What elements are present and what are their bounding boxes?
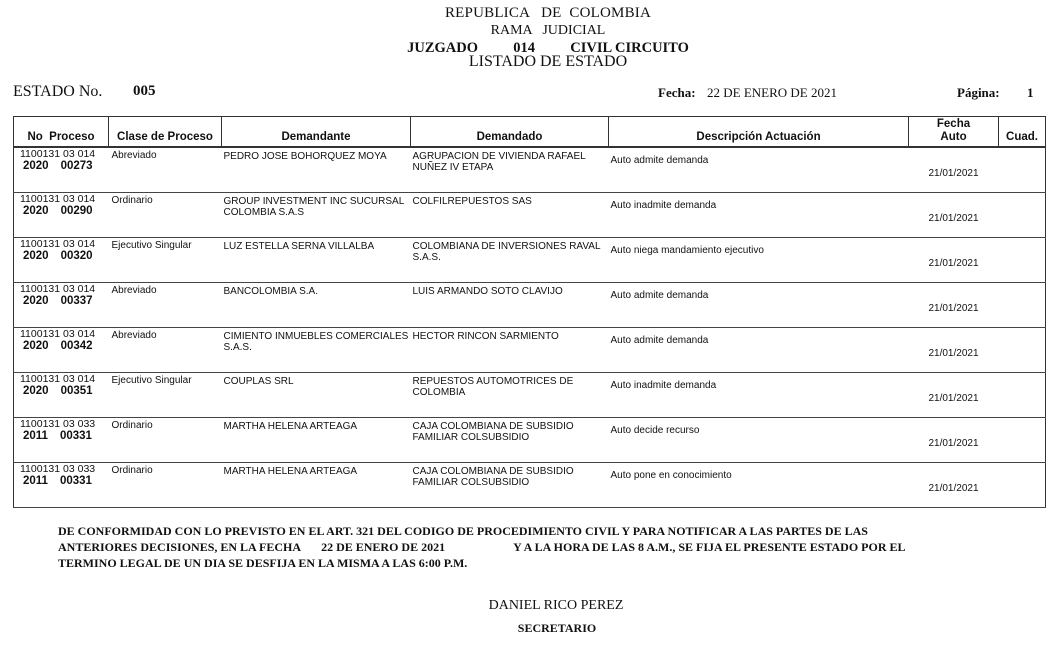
col-header-no-proceso: No Proceso	[14, 117, 109, 148]
proceso-year-number: 201100331	[20, 475, 109, 487]
cell-cuad	[999, 373, 1046, 418]
proceso-year-number: 202000273	[20, 160, 109, 172]
cell-no-proceso: 1100131 03 014202000290	[14, 193, 109, 238]
cell-demandado: LUIS ARMANDO SOTO CLAVIJO	[411, 283, 609, 328]
document-title: LISTADO DE ESTADO	[0, 53, 1060, 71]
proceso-code: 1100131 03 033	[20, 419, 109, 430]
notification-line-1: DE CONFORMIDAD CON LO PREVISTO EN EL ART…	[58, 523, 1018, 539]
col-header-demandante: Demandante	[222, 117, 411, 148]
table-row: 1100131 03 014202000351Ejecutivo Singula…	[14, 373, 1046, 418]
cell-demandante: PEDRO JOSE BOHORQUEZ MOYA	[222, 147, 411, 193]
proceso-number: 00351	[61, 385, 93, 397]
cell-cuad	[999, 463, 1046, 508]
cell-no-proceso: 1100131 03 033201100331	[14, 418, 109, 463]
proceso-number: 00290	[61, 205, 93, 217]
cell-demandante: MARTHA HELENA ARTEAGA	[222, 418, 411, 463]
cell-clase: Ejecutivo Singular	[109, 238, 222, 283]
notification-line-3: TERMINO LEGAL DE UN DIA SE DESFIJA EN LA…	[58, 555, 1018, 571]
col-header-fecha-auto: Fecha Auto	[909, 117, 999, 148]
proceso-number: 00273	[61, 160, 93, 172]
cell-no-proceso: 1100131 03 014202000337	[14, 283, 109, 328]
proceso-year-number: 202000290	[20, 205, 109, 217]
fecha-value: 22 DE ENERO DE 2021	[707, 85, 837, 101]
pagina-value: 1	[1027, 85, 1034, 101]
table-row: 1100131 03 014202000337AbreviadoBANCOLOM…	[14, 283, 1046, 328]
cell-no-proceso: 1100131 03 033201100331	[14, 463, 109, 508]
proceso-number: 00331	[60, 430, 92, 442]
cell-fecha-auto: 21/01/2021	[909, 238, 999, 283]
cell-fecha-auto: 21/01/2021	[909, 418, 999, 463]
cell-fecha-auto: 21/01/2021	[909, 193, 999, 238]
cell-fecha-auto: 21/01/2021	[909, 463, 999, 508]
cell-clase: Ordinario	[109, 418, 222, 463]
notification-line-2: ANTERIORES DECISIONES, EN LA FECHA22 DE …	[58, 539, 1018, 555]
signature-name: DANIEL RICO PEREZ	[0, 598, 1060, 614]
proceso-code: 1100131 03 014	[20, 194, 109, 205]
proceso-year-number: 202000337	[20, 295, 109, 307]
cell-descripcion: Auto admite demanda	[609, 147, 909, 193]
cell-no-proceso: 1100131 03 014202000342	[14, 328, 109, 373]
proceso-year-number: 201100331	[20, 430, 109, 442]
fecha-label: Fecha:	[658, 85, 696, 101]
notification-date: 22 DE ENERO DE 2021	[321, 540, 445, 554]
cell-demandado: HECTOR RINCON SARMIENTO	[411, 328, 609, 373]
cell-clase: Abreviado	[109, 283, 222, 328]
cell-demandante: BANCOLOMBIA S.A.	[222, 283, 411, 328]
proceso-year-number: 202000351	[20, 385, 109, 397]
cell-descripcion: Auto niega mandamiento ejecutivo	[609, 238, 909, 283]
header-branch: RAMA JUDICIAL	[0, 23, 1060, 39]
col-header-clase: Clase de Proceso	[109, 117, 222, 148]
proceso-code: 1100131 03 014	[20, 374, 109, 385]
cell-cuad	[999, 193, 1046, 238]
cell-clase: Ordinario	[109, 463, 222, 508]
estado-number: 005	[133, 83, 156, 100]
notification-text: DE CONFORMIDAD CON LO PREVISTO EN EL ART…	[58, 523, 1018, 571]
cell-demandante: CIMIENTO INMUEBLES COMERCIALES S.A.S.	[222, 328, 411, 373]
proceso-year: 2020	[23, 250, 49, 262]
table-row: 1100131 03 014202000320Ejecutivo Singula…	[14, 238, 1046, 283]
proceso-code: 1100131 03 014	[20, 239, 109, 250]
notification-line-2-prefix: ANTERIORES DECISIONES, EN LA FECHA	[58, 540, 301, 554]
cell-cuad	[999, 418, 1046, 463]
cell-demandante: COUPLAS SRL	[222, 373, 411, 418]
proceso-code: 1100131 03 014	[20, 284, 109, 295]
proceso-code: 1100131 03 014	[20, 149, 109, 160]
cell-clase: Ejecutivo Singular	[109, 373, 222, 418]
proceso-year: 2011	[23, 475, 48, 487]
cell-descripcion: Auto inadmite demanda	[609, 373, 909, 418]
table-row: 1100131 03 014202000290OrdinarioGROUP IN…	[14, 193, 1046, 238]
table-header-row: No Proceso Clase de Proceso Demandante D…	[14, 117, 1046, 148]
cell-fecha-auto: 21/01/2021	[909, 373, 999, 418]
col-header-descripcion: Descripción Actuación	[609, 117, 909, 148]
cell-clase: Abreviado	[109, 147, 222, 193]
cell-demandado: CAJA COLOMBIANA DE SUBSIDIO FAMILIAR COL…	[411, 418, 609, 463]
cell-descripcion: Auto pone en conocimiento	[609, 463, 909, 508]
cell-clase: Abreviado	[109, 328, 222, 373]
cell-fecha-auto: 21/01/2021	[909, 283, 999, 328]
cell-demandado: CAJA COLOMBIANA DE SUBSIDIO FAMILIAR COL…	[411, 463, 609, 508]
cell-demandado: COLFILREPUESTOS SAS	[411, 193, 609, 238]
cell-cuad	[999, 283, 1046, 328]
cell-no-proceso: 1100131 03 014202000273	[14, 147, 109, 193]
cell-demandante: LUZ ESTELLA SERNA VILLALBA	[222, 238, 411, 283]
header-country: REPUBLICA DE COLOMBIA	[0, 5, 1060, 22]
cell-demandante: GROUP INVESTMENT INC SUCURSAL COLOMBIA S…	[222, 193, 411, 238]
notification-line-2-suffix: Y A LA HORA DE LAS 8 A.M., SE FIJA EL PR…	[513, 540, 905, 554]
cell-fecha-auto: 21/01/2021	[909, 147, 999, 193]
cell-no-proceso: 1100131 03 014202000320	[14, 238, 109, 283]
proceso-number: 00331	[60, 475, 92, 487]
cell-no-proceso: 1100131 03 014202000351	[14, 373, 109, 418]
proceso-year: 2020	[23, 205, 49, 217]
signature-title: SECRETARIO	[0, 621, 1060, 636]
table-row: 1100131 03 014202000273AbreviadoPEDRO JO…	[14, 147, 1046, 193]
col-header-demandado: Demandado	[411, 117, 609, 148]
estado-table: No Proceso Clase de Proceso Demandante D…	[13, 116, 1046, 508]
cell-demandado: AGRUPACION DE VIVIENDA RAFAEL NUÑEZ IV E…	[411, 147, 609, 193]
proceso-year: 2011	[23, 430, 48, 442]
cell-fecha-auto: 21/01/2021	[909, 328, 999, 373]
pagina-label: Página:	[957, 85, 1000, 101]
cell-descripcion: Auto decide recurso	[609, 418, 909, 463]
proceso-year-number: 202000320	[20, 250, 109, 262]
estado-label: ESTADO No.	[13, 83, 102, 101]
proceso-year-number: 202000342	[20, 340, 109, 352]
cell-cuad	[999, 147, 1046, 193]
cell-demandante: MARTHA HELENA ARTEAGA	[222, 463, 411, 508]
proceso-number: 00320	[61, 250, 93, 262]
proceso-year: 2020	[23, 295, 49, 307]
proceso-code: 1100131 03 014	[20, 329, 109, 340]
proceso-number: 00342	[61, 340, 93, 352]
cell-clase: Ordinario	[109, 193, 222, 238]
table-row: 1100131 03 033201100331OrdinarioMARTHA H…	[14, 418, 1046, 463]
proceso-year: 2020	[23, 385, 49, 397]
table-row: 1100131 03 033201100331OrdinarioMARTHA H…	[14, 463, 1046, 508]
table-row: 1100131 03 014202000342AbreviadoCIMIENTO…	[14, 328, 1046, 373]
proceso-year: 2020	[23, 160, 49, 172]
cell-demandado: REPUESTOS AUTOMOTRICES DE COLOMBIA	[411, 373, 609, 418]
cell-demandado: COLOMBIANA DE INVERSIONES RAVAL S.A.S.	[411, 238, 609, 283]
cell-descripcion: Auto admite demanda	[609, 328, 909, 373]
cell-cuad	[999, 328, 1046, 373]
cell-cuad	[999, 238, 1046, 283]
proceso-number: 00337	[61, 295, 93, 307]
cell-descripcion: Auto admite demanda	[609, 283, 909, 328]
cell-descripcion: Auto inadmite demanda	[609, 193, 909, 238]
proceso-code: 1100131 03 033	[20, 464, 109, 475]
col-header-cuad: Cuad.	[999, 117, 1046, 148]
proceso-year: 2020	[23, 340, 49, 352]
